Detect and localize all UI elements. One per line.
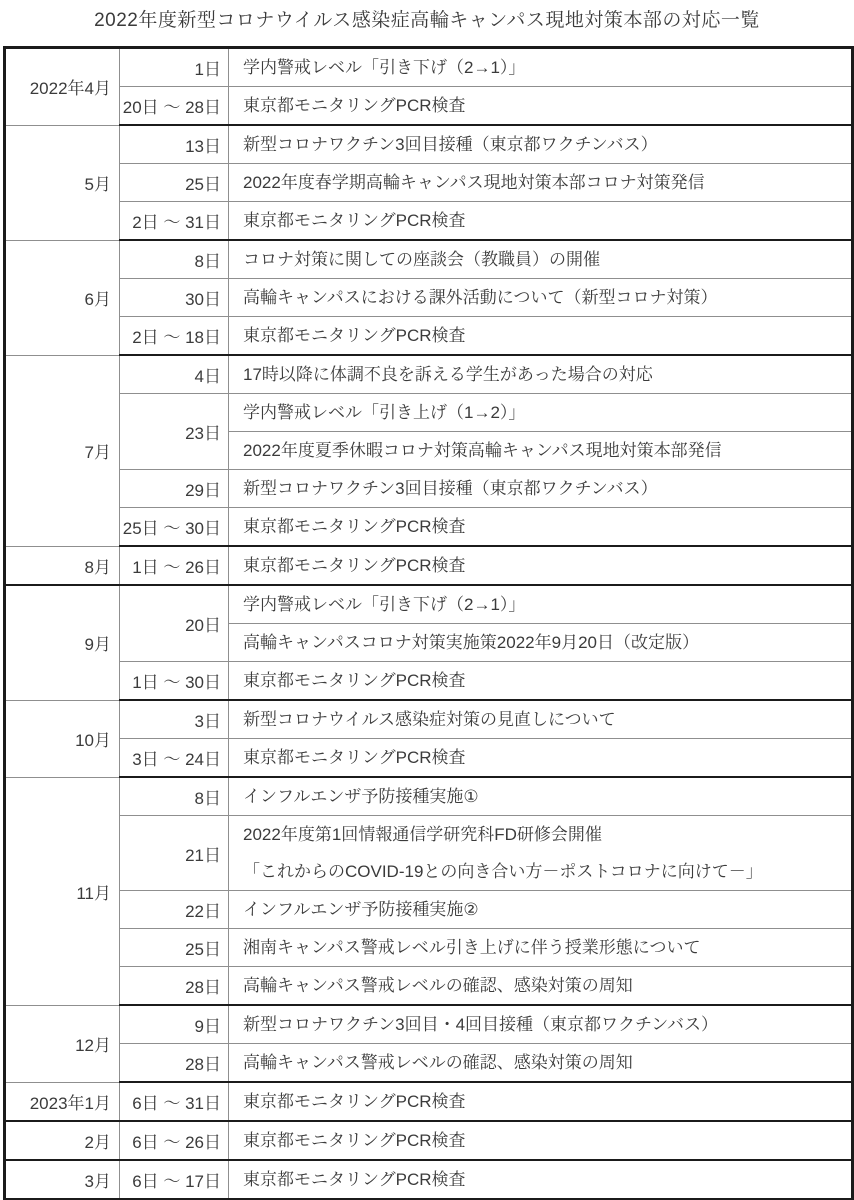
table-row: 12月9日新型コロナワクチン3回目・4回目接種（東京都ワクチンバス） [5, 1005, 853, 1044]
date-cell: 3日 [120, 700, 229, 739]
description-line: 新型コロナワクチン3回目接種（東京都ワクチンバス） [243, 126, 851, 163]
date-cell: 2日 ～ 18日 [120, 317, 229, 356]
description-cell: 高輪キャンパス警戒レベルの確認、感染対策の周知 [229, 967, 853, 1006]
table-row: 2022年4月1日学内警戒レベル「引き下げ（2→1）」 [5, 48, 853, 87]
description-line: 2022年度夏季休暇コロナ対策高輪キャンパス現地対策本部発信 [243, 432, 851, 469]
description-cell: 高輪キャンパスコロナ対策実施策2022年9月20日（改定版） [229, 624, 853, 662]
description-cell: 2022年度春学期高輪キャンパス現地対策本部コロナ対策発信 [229, 164, 853, 202]
description-cell: 東京都モニタリングPCR検査 [229, 1082, 853, 1121]
table-row: 1日 ～ 30日東京都モニタリングPCR検査 [5, 662, 853, 701]
date-cell: 21日 [120, 816, 229, 891]
description-cell: 2022年度第1回情報通信学研究科FD研修会開催「これからのCOVID-19との… [229, 816, 853, 891]
date-cell: 6日 ～ 26日 [120, 1121, 229, 1160]
description-line: 東京都モニタリングPCR検査 [243, 317, 851, 354]
month-cell: 8月 [5, 546, 120, 585]
description-cell: 東京都モニタリングPCR検査 [229, 87, 853, 126]
description-cell: 学内警戒レベル「引き下げ（2→1）」 [229, 585, 853, 624]
month-cell: 6月 [5, 240, 120, 355]
date-cell: 20日 [120, 585, 229, 662]
description-cell: 高輪キャンパス警戒レベルの確認、感染対策の周知 [229, 1044, 853, 1083]
table-row: 22日インフルエンザ予防接種実施② [5, 891, 853, 929]
date-cell: 25日 [120, 164, 229, 202]
description-line: コロナ対策に関しての座談会（教職員）の開催 [243, 241, 851, 278]
month-cell: 9月 [5, 585, 120, 700]
table-row: 9月20日学内警戒レベル「引き下げ（2→1）」 [5, 585, 853, 624]
description-line: 高輪キャンパスにおける課外活動について（新型コロナ対策） [243, 279, 851, 316]
table-row: 2日 ～ 18日東京都モニタリングPCR検査 [5, 317, 853, 356]
table-row: 28日高輪キャンパス警戒レベルの確認、感染対策の周知 [5, 967, 853, 1006]
month-cell: 5月 [5, 125, 120, 240]
description-cell: 新型コロナワクチン3回目接種（東京都ワクチンバス） [229, 125, 853, 164]
page-title: 2022年度新型コロナウイルス感染症高輪キャンパス現地対策本部の対応一覧 [0, 5, 854, 32]
date-cell: 1日 ～ 26日 [120, 546, 229, 585]
description-line: 新型コロナウイルス感染症対策の見直しについて [243, 701, 851, 738]
table-row: 5月13日新型コロナワクチン3回目接種（東京都ワクチンバス） [5, 125, 853, 164]
date-cell: 1日 ～ 30日 [120, 662, 229, 701]
date-cell: 8日 [120, 240, 229, 279]
description-line: 新型コロナワクチン3回目・4回目接種（東京都ワクチンバス） [243, 1006, 851, 1043]
date-cell: 25日 ～ 30日 [120, 508, 229, 547]
table-row: 2月6日 ～ 26日東京都モニタリングPCR検査 [5, 1121, 853, 1160]
date-cell: 23日 [120, 394, 229, 470]
month-cell: 11月 [5, 777, 120, 1005]
description-line: 東京都モニタリングPCR検査 [243, 87, 851, 124]
description-line: 東京都モニタリングPCR検査 [243, 662, 851, 699]
month-cell: 2022年4月 [5, 48, 120, 126]
table-row: 3月6日 ～ 17日東京都モニタリングPCR検査 [5, 1160, 853, 1200]
description-cell: 東京都モニタリングPCR検査 [229, 739, 853, 778]
table-row: 8月1日 ～ 26日東京都モニタリングPCR検査 [5, 546, 853, 585]
description-line: 湘南キャンパス警戒レベル引き上げに伴う授業形態について [243, 929, 851, 966]
table-row: 3日 ～ 24日東京都モニタリングPCR検査 [5, 739, 853, 778]
description-cell: 新型コロナワクチン3回目・4回目接種（東京都ワクチンバス） [229, 1005, 853, 1044]
description-line: 東京都モニタリングPCR検査 [243, 1122, 851, 1159]
date-cell: 30日 [120, 279, 229, 317]
description-cell: インフルエンザ予防接種実施② [229, 891, 853, 929]
description-cell: 東京都モニタリングPCR検査 [229, 546, 853, 585]
description-cell: 高輪キャンパスにおける課外活動について（新型コロナ対策） [229, 279, 853, 317]
date-cell: 25日 [120, 929, 229, 967]
date-cell: 9日 [120, 1005, 229, 1044]
description-cell: 学内警戒レベル「引き下げ（2→1）」 [229, 48, 853, 87]
table-row: 28日高輪キャンパス警戒レベルの確認、感染対策の周知 [5, 1044, 853, 1083]
description-cell: 東京都モニタリングPCR検査 [229, 508, 853, 547]
date-cell: 4日 [120, 355, 229, 394]
date-cell: 20日 ～ 28日 [120, 87, 229, 126]
description-cell: 新型コロナワクチン3回目接種（東京都ワクチンバス） [229, 470, 853, 508]
description-cell: 東京都モニタリングPCR検査 [229, 662, 853, 701]
response-table-body: 2022年4月1日学内警戒レベル「引き下げ（2→1）」20日 ～ 28日東京都モ… [5, 48, 853, 1200]
month-cell: 7月 [5, 355, 120, 546]
table-row: 2日 ～ 31日東京都モニタリングPCR検査 [5, 202, 853, 241]
table-row: 25日 ～ 30日東京都モニタリングPCR検査 [5, 508, 853, 547]
date-cell: 2日 ～ 31日 [120, 202, 229, 241]
table-row: 25日2022年度春学期高輪キャンパス現地対策本部コロナ対策発信 [5, 164, 853, 202]
description-cell: 新型コロナウイルス感染症対策の見直しについて [229, 700, 853, 739]
description-line: 東京都モニタリングPCR検査 [243, 508, 851, 545]
month-cell: 10月 [5, 700, 120, 777]
description-line: 東京都モニタリングPCR検査 [243, 202, 851, 239]
date-cell: 28日 [120, 967, 229, 1006]
description-line: 2022年度春学期高輪キャンパス現地対策本部コロナ対策発信 [243, 164, 851, 201]
description-line: 「これからのCOVID-19との向き合い方－ポストコロナに向けて－」 [243, 853, 851, 890]
month-cell: 3月 [5, 1160, 120, 1200]
date-cell: 6日 ～ 17日 [120, 1160, 229, 1200]
description-line: 17時以降に体調不良を訴える学生があった場合の対応 [243, 356, 851, 393]
description-line: 高輪キャンパス警戒レベルの確認、感染対策の周知 [243, 967, 851, 1004]
description-cell: 2022年度夏季休暇コロナ対策高輪キャンパス現地対策本部発信 [229, 432, 853, 470]
date-cell: 22日 [120, 891, 229, 929]
table-row: 21日2022年度第1回情報通信学研究科FD研修会開催「これからのCOVID-1… [5, 816, 853, 891]
description-line: 高輪キャンパスコロナ対策実施策2022年9月20日（改定版） [243, 624, 851, 661]
date-cell: 13日 [120, 125, 229, 164]
description-line: 学内警戒レベル「引き下げ（2→1）」 [243, 49, 851, 86]
month-cell: 12月 [5, 1005, 120, 1082]
date-cell: 29日 [120, 470, 229, 508]
description-line: 高輪キャンパス警戒レベルの確認、感染対策の周知 [243, 1044, 851, 1081]
description-line: インフルエンザ予防接種実施① [243, 778, 851, 815]
table-row: 30日高輪キャンパスにおける課外活動について（新型コロナ対策） [5, 279, 853, 317]
table-row: 20日 ～ 28日東京都モニタリングPCR検査 [5, 87, 853, 126]
description-cell: コロナ対策に関しての座談会（教職員）の開催 [229, 240, 853, 279]
response-table: 2022年4月1日学内警戒レベル「引き下げ（2→1）」20日 ～ 28日東京都モ… [3, 46, 854, 1200]
description-line: 学内警戒レベル「引き上げ（1→2）」 [243, 394, 851, 431]
table-row: 10月3日新型コロナウイルス感染症対策の見直しについて [5, 700, 853, 739]
description-cell: インフルエンザ予防接種実施① [229, 777, 853, 816]
table-row: 2023年1月6日 ～ 31日東京都モニタリングPCR検査 [5, 1082, 853, 1121]
month-cell: 2月 [5, 1121, 120, 1160]
description-line: 東京都モニタリングPCR検査 [243, 1161, 851, 1198]
description-line: 学内警戒レベル「引き下げ（2→1）」 [243, 586, 851, 623]
description-line: 東京都モニタリングPCR検査 [243, 547, 851, 584]
table-row: 25日湘南キャンパス警戒レベル引き上げに伴う授業形態について [5, 929, 853, 967]
date-cell: 1日 [120, 48, 229, 87]
date-cell: 8日 [120, 777, 229, 816]
description-cell: 東京都モニタリングPCR検査 [229, 202, 853, 241]
description-cell: 学内警戒レベル「引き上げ（1→2）」 [229, 394, 853, 432]
description-cell: 東京都モニタリングPCR検査 [229, 317, 853, 356]
date-cell: 3日 ～ 24日 [120, 739, 229, 778]
table-row: 23日学内警戒レベル「引き上げ（1→2）」 [5, 394, 853, 432]
table-row: 11月8日インフルエンザ予防接種実施① [5, 777, 853, 816]
table-row: 7月4日17時以降に体調不良を訴える学生があった場合の対応 [5, 355, 853, 394]
description-line: 2022年度第1回情報通信学研究科FD研修会開催 [243, 816, 851, 853]
description-cell: 東京都モニタリングPCR検査 [229, 1121, 853, 1160]
description-cell: 東京都モニタリングPCR検査 [229, 1160, 853, 1200]
description-cell: 17時以降に体調不良を訴える学生があった場合の対応 [229, 355, 853, 394]
description-line: 東京都モニタリングPCR検査 [243, 739, 851, 776]
table-row: 29日新型コロナワクチン3回目接種（東京都ワクチンバス） [5, 470, 853, 508]
description-cell: 湘南キャンパス警戒レベル引き上げに伴う授業形態について [229, 929, 853, 967]
date-cell: 28日 [120, 1044, 229, 1083]
document-page: 2022年度新型コロナウイルス感染症高輪キャンパス現地対策本部の対応一覧 202… [0, 0, 854, 1200]
date-cell: 6日 ～ 31日 [120, 1082, 229, 1121]
description-line: 新型コロナワクチン3回目接種（東京都ワクチンバス） [243, 470, 851, 507]
table-row: 6月8日コロナ対策に関しての座談会（教職員）の開催 [5, 240, 853, 279]
description-line: インフルエンザ予防接種実施② [243, 891, 851, 928]
month-cell: 2023年1月 [5, 1082, 120, 1121]
description-line: 東京都モニタリングPCR検査 [243, 1083, 851, 1120]
